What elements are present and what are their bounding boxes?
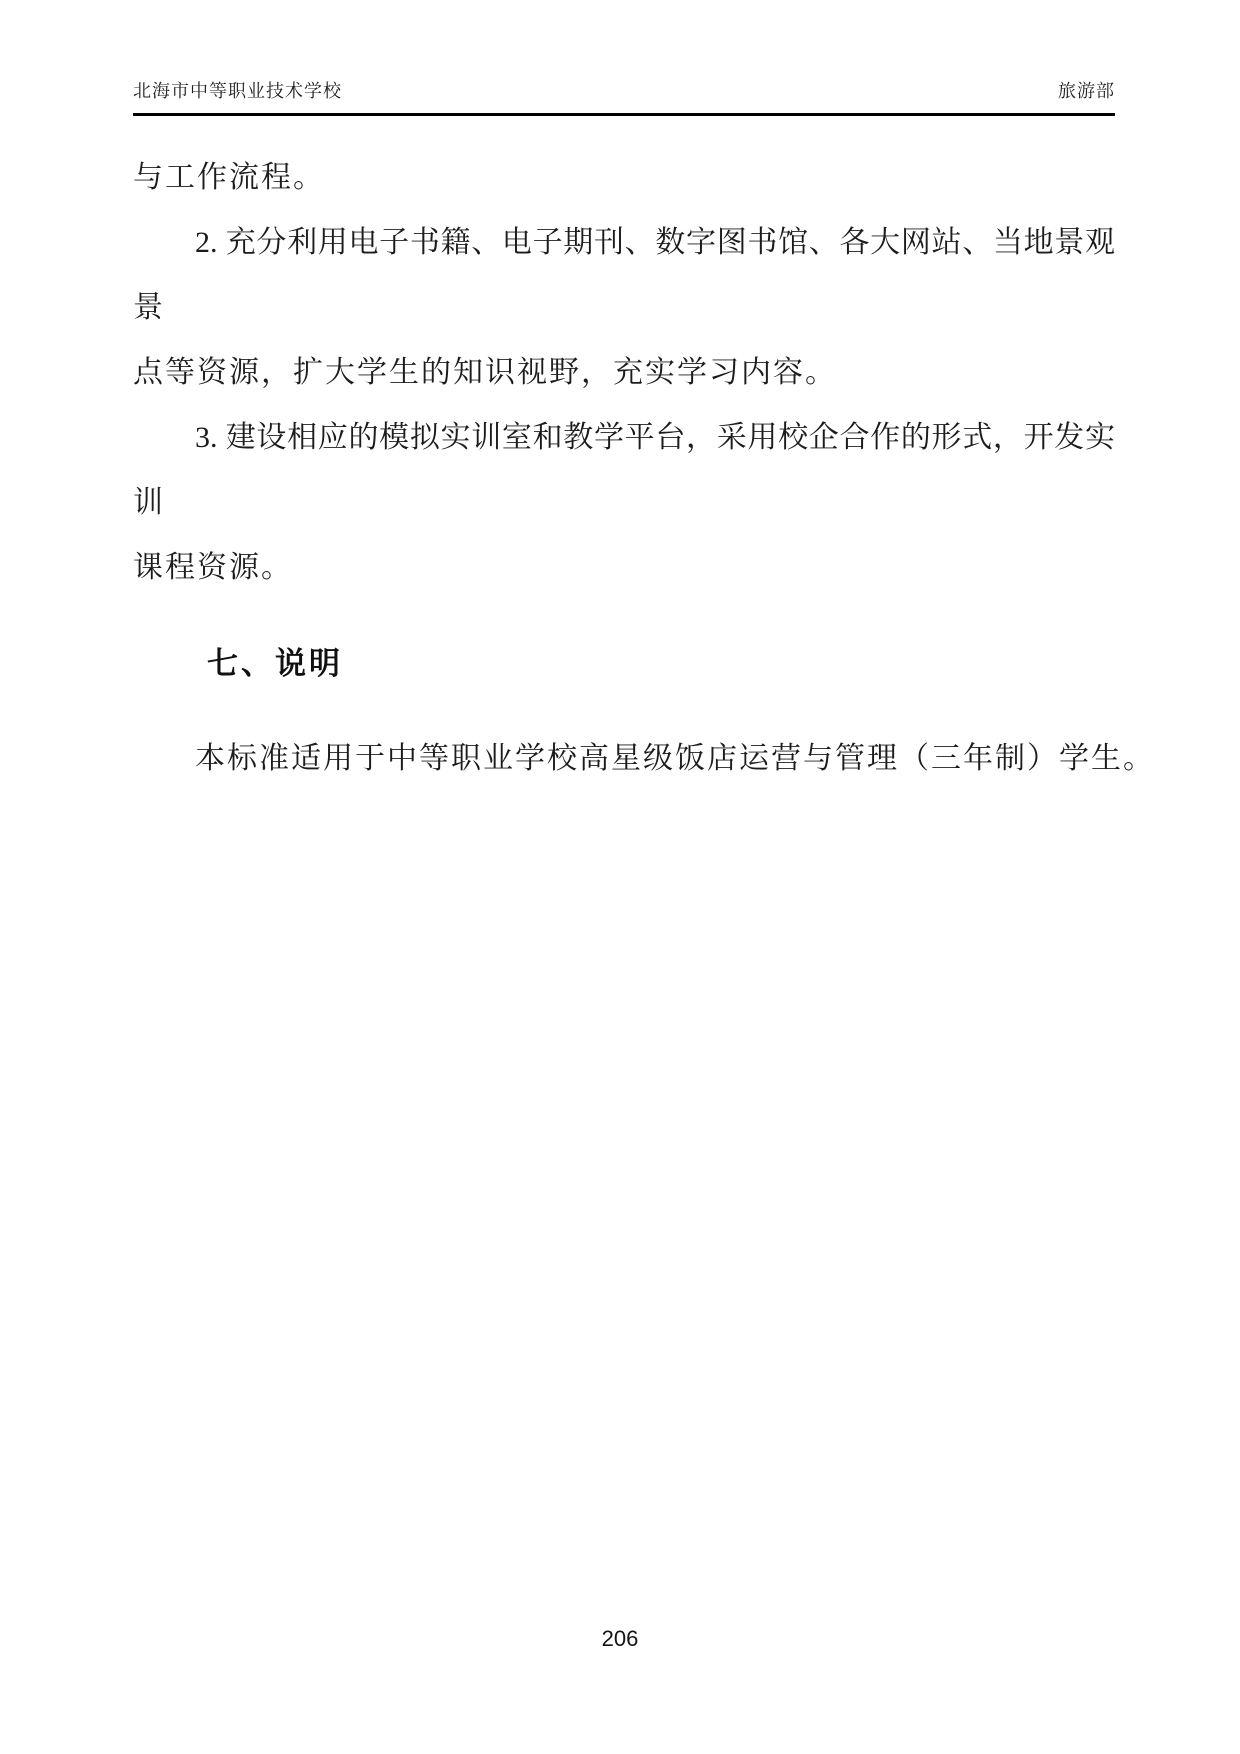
paragraph-line: 课程资源。 [133,535,1115,600]
document-body: 与工作流程。 2. 充分利用电子书籍、电子期刊、数字图书馆、各大网站、当地景观景… [133,145,1115,791]
page-footer: 206 [0,1626,1240,1652]
section-heading: 七、说明 [207,631,1115,696]
document-page: 北海市中等职业技术学校 旅游部 与工作流程。 2. 充分利用电子书籍、电子期刊、… [0,0,1240,1754]
paragraph-line: 与工作流程。 [133,145,1115,210]
note-paragraph: 本标准适用于中等职业学校高星级饭店运营与管理（三年制）学生。 [133,726,1115,791]
paragraph-line: 2. 充分利用电子书籍、电子期刊、数字图书馆、各大网站、当地景观景 [133,210,1115,340]
header-school-name: 北海市中等职业技术学校 [133,78,342,104]
paragraph-line: 3. 建设相应的模拟实训室和教学平台，采用校企合作的形式，开发实训 [133,405,1115,535]
header-department: 旅游部 [1058,78,1115,104]
paragraph-line: 点等资源，扩大学生的知识视野，充实学习内容。 [133,340,1115,405]
page-number: 206 [602,1626,639,1651]
page-header: 北海市中等职业技术学校 旅游部 [133,78,1115,116]
